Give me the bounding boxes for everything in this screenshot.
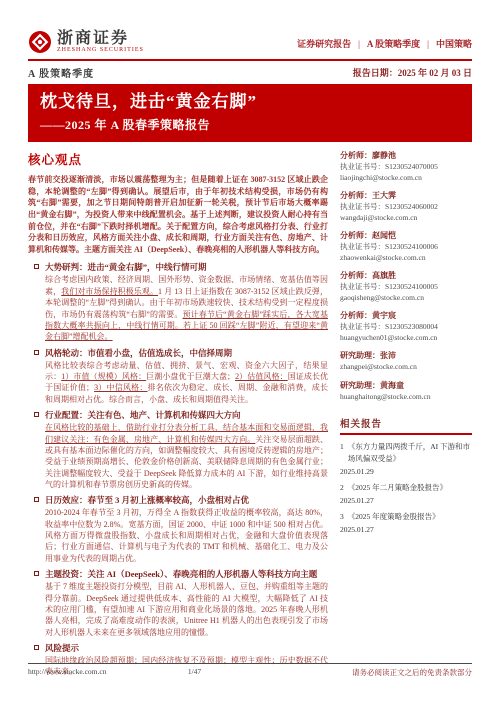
report-title-line: 3 《2025 年度策略金股报告》 xyxy=(340,511,472,523)
analyst-block: 分析师：王大霁 执业证书号：S1230524060002 wangdaji@st… xyxy=(340,190,472,223)
section-body: 在风格比较的基础上，借助行业打分表分析工具，结合基本面和交易面逻辑，我们建议关注… xyxy=(45,422,328,490)
analysts-list: 分析师：廖静池 执业证书号：S1230524070005 liaojingchi… xyxy=(340,150,472,402)
report-index: 1 xyxy=(340,441,344,464)
brand-name-block: 浙商证券 ZHESHANG SECURITIES xyxy=(57,31,144,54)
report-page: 浙商证券 ZHESHANG SECURITIES 证券研究报告|A 股策略季度|… xyxy=(0,0,500,707)
section-body: 风格比较表综合考虑动量、估值、拥挤、景气、宏观、资金六大因子，结果显示：1）市值… xyxy=(45,360,328,405)
related-report-title: 《2025 年二月策略金股报告》 xyxy=(348,482,447,494)
analyst-block: 研究助理：黄海童 huanghaitong@stocke.com.cn xyxy=(340,380,472,403)
report-title-line: 1 《东方力量四两拨千斤，AI 下游和市场风偏双受益》 xyxy=(340,441,472,464)
analyst-block: 研究助理：张沛 zhangpei@stocke.com.cn xyxy=(340,350,472,373)
analyst-block: 分析师：黄宇宸 执业证书号：S1230523080004 huangyuchen… xyxy=(340,310,472,343)
analyst-role: 研究助理： xyxy=(340,381,380,390)
analyst-role-name: 研究助理：张沛 xyxy=(340,350,472,361)
section-body: 综合考虑国内政策、经济周期、国外形势、资金数据、市场情绪、宽基估值等因素，我们对… xyxy=(45,274,328,342)
related-report-item: 2 《2025 年二月策略金股报告》 2025.01.27 xyxy=(340,482,472,506)
analysts-sidebar: 分析师：廖静池 执业证书号：S1230524070005 liaojingchi… xyxy=(340,150,472,683)
analyst-name: 黄海童 xyxy=(380,381,404,390)
analyst-role: 研究助理： xyxy=(340,351,380,360)
analyst-email-link[interactable]: huanghaitong@stocke.com.cn xyxy=(340,392,472,403)
analyst-block: 分析师：高旗胜 执业证书号：S1230524100005 gaoqisheng@… xyxy=(340,270,472,303)
report-index: 3 xyxy=(340,511,344,523)
cert-number: S1230524060002 xyxy=(385,202,438,211)
related-report-date: 2025.01.27 xyxy=(340,524,472,536)
section-header: 大势研判：进击“黄金右脚”，中线行情可期 xyxy=(28,262,328,273)
section-header: 行业配置：关注有色、地产、计算机和传媒四大方向 xyxy=(28,410,328,421)
section-title: 大势研判：进击“黄金右脚”，中线行情可期 xyxy=(45,262,207,273)
section-header: 日历效应：春节至 3 月初上涨概率较高，小盘相对占优 xyxy=(28,495,328,506)
analyst-name: 张沛 xyxy=(380,351,396,360)
analyst-role: 分析师： xyxy=(340,231,372,240)
analyst-role: 分析师： xyxy=(340,191,372,200)
analyst-role-name: 分析师：高旗胜 xyxy=(340,270,472,281)
section-body: 基于 7 维度主题投资打分模型，目前 AI、人形机器人、豆包、并购重组等主题的得… xyxy=(45,581,328,638)
section-header: 风险提示 xyxy=(28,643,328,654)
report-category: A 股策略季度 xyxy=(28,65,94,80)
analyst-role-name: 分析师：黄宇宸 xyxy=(340,310,472,321)
related-reports-heading: 相关报告 xyxy=(340,416,472,435)
square-bullet-icon xyxy=(34,571,39,576)
core-views-column: 核心观点 春节前交投逐渐清淡，市场以震荡整理为主；但是随着上证在 3087-31… xyxy=(28,150,328,683)
related-report-title: 《2025 年度策略金股报告》 xyxy=(348,511,440,523)
cert-number: S1230524100005 xyxy=(385,282,438,291)
section-body: 2010-2024 年春节至 3 月初，万得全 A 指数获得正收益的概率较高，高… xyxy=(45,507,328,564)
brand-name-en: ZHESHANG SECURITIES xyxy=(57,47,144,53)
square-bullet-icon xyxy=(34,350,39,355)
report-title: 枕戈待旦，进击“黄金右脚” xyxy=(40,91,460,112)
cert-label: 执业证书号： xyxy=(340,242,385,251)
cert-label: 执业证书号： xyxy=(340,282,385,291)
brand-logo: 浙商证券 ZHESHANG SECURITIES xyxy=(28,30,144,54)
related-report-date: 2025.01.27 xyxy=(340,495,472,507)
core-view-section: 主题投资：关注 AI（DeepSeek）、春晚亮相的人形机器人等科技方向主题 基… xyxy=(28,569,328,638)
core-view-section: 大势研判：进击“黄金右脚”，中线行情可期 综合考虑国内政策、经济周期、国外形势、… xyxy=(28,262,328,342)
core-view-section: 风格轮动：市值看小盘，估值选成长，中信择周期 风格比较表综合考虑动量、估值、拥挤… xyxy=(28,348,328,405)
related-reports-list: 1 《东方力量四两拨千斤，AI 下游和市场风偏双受益》 2025.01.29 2… xyxy=(340,441,472,535)
analyst-role-name: 分析师：赵闻恺 xyxy=(340,230,472,241)
section-title: 风格轮动：市值看小盘，估值选成长，中信择周期 xyxy=(45,348,232,359)
report-tags: 证券研究报告|A 股策略季度|中国策略 xyxy=(297,37,472,54)
core-views-heading: 核心观点 xyxy=(28,150,328,168)
analyst-email-link[interactable]: zhangpei@stocke.com.cn xyxy=(340,362,472,373)
zheshang-knot-icon xyxy=(28,30,52,54)
analyst-name: 高旗胜 xyxy=(372,271,396,280)
cert-label: 执业证书号： xyxy=(340,162,385,171)
analyst-role-name: 分析师：王大霁 xyxy=(340,190,472,201)
cert-number: S1230523080004 xyxy=(385,322,438,331)
section-header: 风格轮动：市值看小盘，估值选成长，中信择周期 xyxy=(28,348,328,359)
tag-series: A 股策略季度 xyxy=(367,39,420,49)
analyst-name: 黄宇宸 xyxy=(372,311,396,320)
analyst-role: 分析师： xyxy=(340,311,372,320)
analyst-email-link[interactable]: liaojingchi@stocke.com.cn xyxy=(340,173,472,184)
analyst-email-link[interactable]: zhaowenkai@stocke.com.cn xyxy=(340,253,472,264)
footer-disclaimer: 请务必阅读正文之后的免责条款部分 xyxy=(250,667,472,678)
cert-label: 执业证书号： xyxy=(340,322,385,331)
tag-separator: | xyxy=(427,39,429,49)
core-views-intro: 春节前交投逐渐清淡，市场以震荡整理为主；但是随着上证在 3087-3152 区域… xyxy=(28,174,328,255)
analyst-role-name: 研究助理：黄海童 xyxy=(340,380,472,391)
cert-label: 执业证书号： xyxy=(340,202,385,211)
section-title: 风险提示 xyxy=(45,643,79,654)
sections-list: 大势研判：进击“黄金右脚”，中线行情可期 综合考虑国内政策、经济周期、国外形势、… xyxy=(28,262,328,677)
section-title: 行业配置：关注有色、地产、计算机和传媒四大方向 xyxy=(45,410,241,421)
tag-report-type: 证券研究报告 xyxy=(297,39,351,49)
header: 浙商证券 ZHESHANG SECURITIES 证券研究报告|A 股策略季度|… xyxy=(0,0,500,54)
analyst-cert: 执业证书号：S1230524060002 xyxy=(340,202,472,213)
section-title: 日历效应：春节至 3 月初上涨概率较高，小盘相对占优 xyxy=(45,495,249,506)
analyst-email-link[interactable]: huangyuchen01@stocke.com.cn xyxy=(340,333,472,344)
cert-number: S1230524100006 xyxy=(385,242,438,251)
analyst-role: 分析师： xyxy=(340,151,372,160)
related-report-item: 3 《2025 年度策略金股报告》 2025.01.27 xyxy=(340,511,472,535)
analyst-cert: 执业证书号：S1230524100006 xyxy=(340,242,472,253)
footer-url-link[interactable]: http://www.stocke.com.cn xyxy=(28,667,139,676)
brand-name: 浙商证券 xyxy=(57,31,144,48)
analyst-name: 王大霁 xyxy=(372,191,396,200)
square-bullet-icon xyxy=(34,412,39,417)
related-report-date: 2025.01.29 xyxy=(340,466,472,478)
analyst-name: 赵闻恺 xyxy=(372,231,396,240)
header-divider xyxy=(28,59,472,61)
related-reports: 相关报告 1 《东方力量四两拨千斤，AI 下游和市场风偏双受益》 2025.01… xyxy=(340,416,472,535)
analyst-role: 分析师： xyxy=(340,271,372,280)
analyst-cert: 执业证书号：S1230524070005 xyxy=(340,162,472,173)
square-bullet-icon xyxy=(34,497,39,502)
analyst-block: 分析师：廖静池 执业证书号：S1230524070005 liaojingchi… xyxy=(340,150,472,183)
core-view-section: 行业配置：关注有色、地产、计算机和传媒四大方向 在风格比较的基础上，借助行业打分… xyxy=(28,410,328,490)
report-date: 报告日期：2025 年 02 月 03 日 xyxy=(353,66,472,79)
analyst-role-name: 分析师：廖静池 xyxy=(340,150,472,161)
analyst-email-link[interactable]: gaoqisheng@stocke.com.cn xyxy=(340,293,472,304)
page-number: 1/47 xyxy=(139,667,250,676)
title-banner: 枕戈待旦，进击“黄金右脚” ——2025 年 A 股春季策略报告 xyxy=(28,84,472,142)
analyst-email-link[interactable]: wangdaji@stocke.com.cn xyxy=(340,213,472,224)
related-report-title: 《东方力量四两拨千斤，AI 下游和市场风偏双受益》 xyxy=(348,441,472,464)
analyst-block: 分析师：赵闻恺 执业证书号：S1230524100006 zhaowenkai@… xyxy=(340,230,472,263)
section-title: 主题投资：关注 AI（DeepSeek）、春晚亮相的人形机器人等科技方向主题 xyxy=(45,569,317,580)
footer: http://www.stocke.com.cn 1/47 请务必阅读正文之后的… xyxy=(28,663,472,678)
square-bullet-icon xyxy=(34,264,39,269)
core-view-section: 日历效应：春节至 3 月初上涨概率较高，小盘相对占优 2010-2024 年春节… xyxy=(28,495,328,564)
meta-row: A 股策略季度 报告日期：2025 年 02 月 03 日 xyxy=(28,65,472,80)
analyst-cert: 执业证书号：S1230523080004 xyxy=(340,322,472,333)
section-header: 主题投资：关注 AI（DeepSeek）、春晚亮相的人形机器人等科技方向主题 xyxy=(28,569,328,580)
report-title-line: 2 《2025 年二月策略金股报告》 xyxy=(340,482,472,494)
report-index: 2 xyxy=(340,482,344,494)
related-report-item: 1 《东方力量四两拨千斤，AI 下游和市场风偏双受益》 2025.01.29 xyxy=(340,441,472,477)
tag-strategy: 中国策略 xyxy=(436,39,472,49)
cert-number: S1230524070005 xyxy=(385,162,438,171)
analyst-cert: 执业证书号：S1230524100005 xyxy=(340,282,472,293)
analyst-name: 廖静池 xyxy=(372,151,396,160)
report-subtitle: ——2025 年 A 股春季策略报告 xyxy=(40,116,460,133)
main-body: 核心观点 春节前交投逐渐清淡，市场以震荡整理为主；但是随着上证在 3087-31… xyxy=(28,150,472,683)
square-bullet-icon xyxy=(34,645,39,650)
tag-separator: | xyxy=(358,39,360,49)
